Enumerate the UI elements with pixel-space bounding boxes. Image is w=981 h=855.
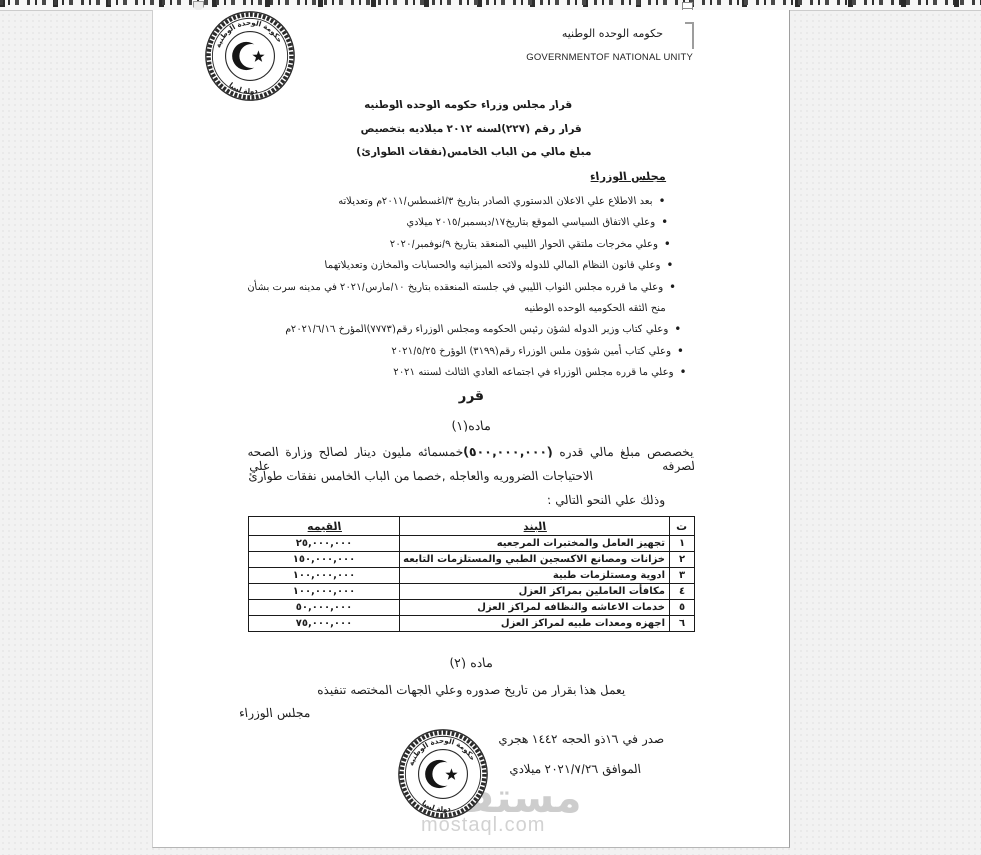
row-item: تجهيز العامل والمختبرات المرجعيه: [400, 536, 670, 552]
decision-word: قرر: [152, 388, 790, 404]
preamble-bullet: وعلي كتاب أمين شؤون ملس الوزراء رقم(٣١٩٩…: [246, 341, 673, 362]
row-num: ٤: [670, 584, 695, 600]
national-unity-stamp-icon: حكومة الوحدة الوطنية دولة ليبيا: [396, 727, 490, 821]
row-item: اجهزه ومعدات طبيه لمراكز العزل: [400, 616, 670, 632]
row-item: خدمات الاعاشه والنظافه لمراكز العزل: [400, 600, 670, 616]
row-num: ١: [670, 536, 695, 552]
signature-council: مجلس الوزراء: [238, 706, 311, 720]
allocation-amount: (٥٠٠,٠٠٠,٠٠٠): [462, 444, 553, 459]
article1-heading: ماده(١): [152, 418, 790, 433]
article2-text: يعمل هذا بقرار من تاريخ صدوره وعلي الجها…: [152, 683, 790, 697]
column-header-num: ت: [670, 517, 695, 536]
national-unity-seal-icon: حكومة الوحدة الوطنية دولة ليبيا: [203, 9, 297, 103]
preamble-bullet: وعلي مخرجات ملتقي الحوار الليبي المنعقد …: [232, 234, 659, 255]
government-name-arabic: حكومه الوحده الوطنيه: [562, 27, 663, 40]
row-value: ١٥٠,٠٠٠,٠٠٠: [249, 552, 400, 568]
allocation-following-text: وذلك علي النحو التالي :: [546, 493, 666, 507]
table-row: ٥ خدمات الاعاشه والنظافه لمراكز العزل ٥٠…: [249, 600, 695, 616]
table-row: ٢ خزانات ومصانع الاكسجين الطبي والمستلزم…: [249, 552, 695, 568]
row-value: ١٠٠,٠٠٠,٠٠٠: [249, 584, 400, 600]
row-num: ٦: [670, 616, 695, 632]
preamble-bullet: وعلي كتاب وزير الدوله لشؤن رئيس الحكومه …: [243, 319, 670, 340]
preamble-bullet: وعلي الاتفاق السياسي الموقع بتاريخ١٧/ديس…: [230, 212, 657, 233]
decree-title-line2: قرار رقم (٢٢٧)لسنه ٢٠١٢ ميلاديه بتخصيص: [152, 118, 791, 142]
row-item: ادوية ومستلزمات طبية: [400, 568, 670, 584]
preamble-bullet: وعلي ما قرره مجلس الوزراء في اجتماعه الع…: [248, 362, 675, 383]
row-num: ٥: [670, 600, 695, 616]
column-header-value: القيمه: [249, 517, 400, 536]
article2-heading: ماده (٢): [152, 655, 790, 670]
row-value: ٢٥,٠٠٠,٠٠٠: [249, 536, 400, 552]
table-header-row: ت البند القيمه: [249, 517, 695, 536]
table-row: ٦ اجهزه ومعدات طبيه لمراكز العزل ٧٥,٠٠٠,…: [249, 616, 695, 632]
preamble-bullet: بعد الاطلاع علي الاعلان الدستوري الصادر …: [227, 191, 654, 212]
row-value: ٧٥,٠٠٠,٠٠٠: [249, 616, 400, 632]
allocation-paragraph-line2: الاحتياجات الضروريه والعاجله ,خصما من ال…: [247, 469, 695, 483]
column-header-item: البند: [400, 517, 670, 536]
decree-title: قرار مجلس وزراء حكومه الوحده الوطنيه قرا…: [149, 94, 794, 165]
preamble-bullet-list: بعد الاطلاع علي الاعلان الدستوري الصادر …: [227, 191, 675, 384]
government-name-english: GOVERNMENTOF NATIONAL UNITY: [526, 52, 693, 63]
row-item: مكافأت العاملين بمراكز العزل: [400, 584, 670, 600]
decree-title-line3: مبلغ مالي من الباب الخامس(نفقات الطوارئ): [154, 141, 793, 165]
allocation-prefix: يخصصص مبلغ مالي قدره: [552, 445, 694, 459]
council-heading: مجلس الوزراء: [589, 170, 666, 183]
row-num: ٢: [670, 552, 695, 568]
document-page: حكومة الوحدة الوطنية دولة ليبيا حكومه ال…: [152, 10, 790, 848]
table-row: ٤ مكافأت العاملين بمراكز العزل ١٠٠,٠٠٠,٠…: [249, 584, 695, 600]
table-row: ٣ ادوية ومستلزمات طبية ١٠٠,٠٠٠,٠٠٠: [249, 568, 695, 584]
row-item: خزانات ومصانع الاكسجين الطبي والمستلزمات…: [400, 552, 670, 568]
row-value: ١٠٠,٠٠٠,٠٠٠: [249, 568, 400, 584]
table-row: ١ تجهيز العامل والمختبرات المرجعيه ٢٥,٠٠…: [249, 536, 695, 552]
row-value: ٥٠,٠٠٠,٠٠٠: [249, 600, 400, 616]
preamble-bullet: وعلي قانون النظام المالي للدوله ولائحه ا…: [235, 255, 662, 276]
issued-date-hijri: صدر في ١٦ذو الحجه ١٤٤٢ هجري: [497, 732, 665, 746]
allocation-table: ت البند القيمه ١ تجهيز العامل والمختبرات…: [248, 516, 695, 632]
row-num: ٣: [670, 568, 695, 584]
preamble-bullet: وعلي ما قرره مجلس النواب الليبي في جلسته…: [238, 277, 667, 320]
text-cursor: [685, 22, 694, 49]
